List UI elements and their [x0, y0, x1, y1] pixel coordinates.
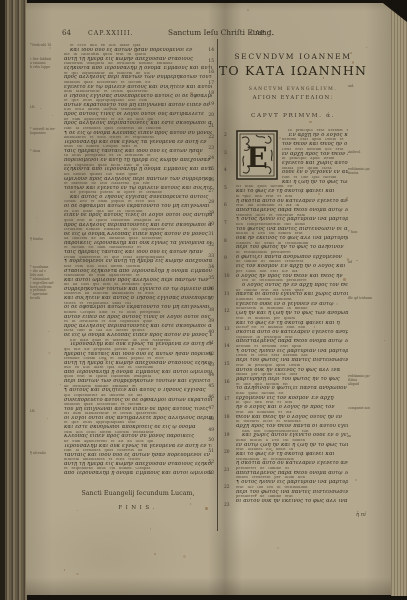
folio-number: 64 [62, 29, 71, 37]
interlinear-line-pair: miſſus a Deo cui nomen erat οὐκ ἦν ἐκεῖν… [236, 232, 348, 241]
interlinear-line-pair: erat ille lux ſed ut teſtimonium περὶ το… [236, 486, 348, 495]
verse-number: 17 [208, 81, 214, 86]
interlinear-line-pair: tenebantur ne eum agnoſcerent et καὶ αὐτ… [64, 274, 212, 283]
interlinear-line-pair: illis oculi autem illorum tenebantur πρὸ… [64, 108, 212, 117]
verse-number: 50 [208, 438, 214, 443]
verse-number: 44 [208, 373, 214, 378]
interlinear-line-pair: ut teſtimonium perhiberet ὃ φωτίζει πάντ… [236, 251, 348, 260]
colophon-line: Sancti Euangelij ſecundum Lucam, [64, 489, 212, 497]
interlinear-line-pair: uenientem in mundum in mundo ζωὴ ἦν καὶ … [236, 307, 348, 316]
interlinear-line-pair: his diebus quibus ille dixit quae ὡμίλου… [64, 173, 212, 182]
verse-number: 16 [224, 380, 230, 385]
open-book-pages: 64 CAP.XXIIII. Sanctum Ieſu Chriſti Euan… [26, 3, 392, 595]
interlinear-line-pair: eam non comprehenderunt fuit καὶ χωρὶς α… [236, 430, 348, 439]
verse-number: 14 [208, 48, 214, 53]
verse-number: 30 [208, 222, 214, 227]
interlinear-line-pair: erat et mundus per ipſum καὶ τὸ φῶς ἐν τ… [236, 317, 348, 326]
verse-number: 13 [224, 327, 230, 332]
interlinear-line-pair: erat lux hominum et lux in ἀπεσταλμένος … [236, 204, 348, 213]
margin-note: ¶ aſcenſio [30, 452, 46, 456]
interlinear-line-pair: in ipſo uita erat et uita ἡ σκοτία αὐτὸ … [236, 195, 348, 204]
verse-number: 46 [208, 395, 214, 400]
verse-number: 28 [208, 200, 214, 205]
interlinear-line-pair: inuicem ambulantes et eſtis triſtes αὐτῇ… [64, 458, 212, 467]
verse-number: 21 [224, 468, 230, 473]
verse-number: 14 [224, 344, 230, 349]
interlinear-line-pair: et ecce duo ex illis ibant ipſa καὶ ἰδοὺ… [64, 44, 212, 53]
verse-number: 18 [208, 91, 214, 96]
interlinear-line-pair: ne eum agnoſcerent et ait ad illos qui Ἰ… [64, 440, 212, 449]
foxing-spot [47, 418, 48, 419]
quire-signature-mark: ἡ ní [356, 512, 366, 518]
interlinear-line-pair: de lumine erat lux uera quae πάντα δι αὐ… [236, 289, 348, 298]
margin-note: ¶ ſenſus [30, 238, 43, 242]
interlinear-line-pair: de lumine ut omnes crederent εἰς τὸν κόσ… [236, 260, 348, 269]
margin-note: * duos [30, 150, 40, 154]
margin-note: LB. [30, 106, 35, 110]
foxing-spot [355, 479, 357, 481]
interlinear-line-pair: eſt dum fabularentur et ſecum quaererent… [64, 412, 212, 421]
greek-text-line: ἀπὸ Ἰερουσαλήμ ᾗ ὄνομα Ἐμμαούς καὶ αὐτοὶ… [64, 471, 212, 476]
foxing-spot [247, 9, 249, 11]
verse-number: 31 [208, 232, 214, 237]
interlinear-line-pair: in tenebris lucet et tenebrae ἀρχῇ πρὸς … [236, 420, 348, 429]
interlinear-line-pair: erat Ioannes hic uenit in καὶ τὸ φῶς ἐν … [236, 448, 348, 457]
verse-number: 26 [208, 178, 214, 183]
foxing-spot [60, 384, 61, 385]
interlinear-line-pair: et ipſi loquebantur ad inuicem de his πρ… [64, 72, 212, 81]
verse-number: 39 [208, 319, 214, 324]
chapter-header-left: CAP.XXIIII. [88, 30, 134, 37]
interlinear-line-pair: omnes crederent per illum non ¶ οὗτος ἦλ… [236, 476, 348, 485]
interlinear-line-pair: ad inuicem de his omnibus quae accideran… [64, 237, 212, 246]
interlinear-line-pair: perhiberet de lumine ut ἀπεσταλμένος παρ… [236, 467, 348, 476]
interlinear-line-pair: ait ad illos qui ſunt hi ſermones quos σ… [64, 283, 212, 292]
verse-number: 37 [208, 297, 214, 302]
foxing-spot [277, 547, 279, 549]
verse-number: 20 [208, 113, 214, 118]
verse-number: 18 [224, 415, 230, 420]
verse-number: 19 [224, 433, 230, 438]
verse-number: 38 [208, 308, 214, 313]
right-page-text-block: E In principio erat uerbum et Ἐν ἀρχῇ ἦν… [236, 129, 348, 511]
verse-number: 23 [208, 146, 214, 151]
foxing-spot [76, 573, 78, 575]
interlinear-line-pair: et dixerunt de Ieſu Nazareno qui fuit το… [64, 182, 212, 191]
interlinear-line-pair: teſtimonium ut teſtimonium ἡ σκοτία αὐτὸ… [236, 458, 348, 467]
verse-number: 9 [224, 256, 227, 261]
interlinear-line-pair: Ioannes hic uenit in teſtimonium περὶ το… [236, 242, 348, 251]
interlinear-line-pair: uir propheta potens in opere et ſermone … [64, 191, 212, 200]
book-spine-edge [0, 0, 27, 600]
margin-note: comparat nos [348, 407, 370, 411]
verse-number: 4 [224, 168, 227, 173]
margin-note: ille qd triduum [348, 297, 372, 301]
verse-number: 40 [208, 330, 214, 335]
interlinear-line-pair: omnibus quae acciderant et factum eſt ἐγ… [64, 81, 212, 90]
foxing-spot [52, 115, 53, 116]
foxing-spot [356, 260, 358, 262]
interlinear-line-pair: uerbum et uerbum erat apud ¶ οὗτος ἦλθεν… [236, 345, 348, 354]
margin-note: † Iter ſabbati a emauns b vrbs Ioppe [30, 58, 51, 70]
interlinear-line-pair: ille dixit quae et dixerunt de Ieſu Naza… [64, 339, 212, 348]
verse-number: 36 [208, 287, 214, 292]
interlinear-line-pair: ſtadiorum ſexaginta ab Ieruſalem nomine … [64, 62, 212, 71]
interlinear-line-pair: homo miſſus a Deo cui nomen ἐν αὐτῷ ζωὴ … [236, 439, 348, 448]
interlinear-line-pair: tenebris lucet et tenebrae eam ¶ οὗτος ἦ… [236, 214, 348, 223]
verse-number: 2 [224, 133, 227, 138]
verse-number: 7 [224, 221, 227, 226]
interlinear-line-pair: quod erat in ſpatio ſtadiorum ſexaginta … [64, 219, 212, 228]
verse-number: 42 [208, 352, 214, 357]
margin-note: reddamini po- ſtibus aliquid [348, 375, 371, 387]
verse-number: 49 [208, 428, 214, 433]
verse-number: 51 [208, 449, 214, 454]
interlinear-line-pair: die in caſtellum quod erat in ſpatio αὐτ… [64, 53, 212, 62]
interlinear-line-pair: Ieruſalem nomine Emmaus et ipſi loqueban… [64, 228, 212, 237]
verse-number: 8 [224, 239, 227, 244]
interlinear-line-pair: ex illis ibant ipſa die in caſtellum εἶπ… [64, 210, 212, 219]
interlinear-line-pair: erat lux hominum et lux Θεόν καὶ Θεὸς ἦν… [236, 411, 348, 420]
interlinear-line-pair: duo ex illis ibant ipſa die in caſtellum… [64, 366, 212, 375]
verse-number: 21 [208, 124, 214, 129]
verse-number: 24 [208, 156, 214, 161]
verse-number: 5 [224, 186, 227, 191]
foxing-spot [183, 555, 185, 557]
interlinear-line-pair: eſt nihil quod factum eſt καὶ τὸ φῶς ἐν … [236, 185, 348, 194]
interlinear-line-pair: facta ſunt in illa his diebus quibus δὲ … [64, 329, 212, 338]
verse-number: 41 [208, 341, 214, 346]
interlinear-line-pair: et factum eſt dum fabularentur et ταῖς ἡ… [64, 246, 212, 255]
verse-number: 45 [208, 384, 214, 389]
interlinear-line-pair: ibat cum illis oculi autem illorum σταδί… [64, 265, 212, 274]
interlinear-line-pair: unus cui nomen Cleopas dixit ei ταῖς ἡμέ… [64, 145, 212, 154]
verse-number: 22 [208, 135, 214, 140]
verse-number: 16 [208, 70, 214, 75]
interlinear-line-pair: quod erat in ſpatio ſtadiorum ſexaginta … [64, 375, 212, 384]
interlinear-line-pair: tu ſolus peregrinus es in Ieruſalem et π… [64, 154, 212, 163]
foxing-spot [190, 498, 191, 499]
woodcut-initial: E [236, 130, 278, 180]
left-page-text-block: et ecce duo ex illis ibant ipſa καὶ ἰδοὺ… [64, 44, 212, 480]
chapter-header-right: CAP. I. [250, 30, 275, 37]
interlinear-line-pair: cognouit In principio erat ἀπεσταλμένος … [236, 336, 348, 345]
interlinear-line-pair: ſermone coram Deo et omni populo et ecce… [64, 357, 212, 366]
interlinear-line-pair: per illum non erat ille lux ὁ λόγος ἦν π… [236, 270, 348, 279]
verse-number: 27 [208, 189, 214, 194]
interlinear-line-pair: ſed ut teſtimonium perhiberet ὁ λόγος οὗ… [236, 279, 348, 288]
greek-text-line: δι αὐτοῦ οὐκ ἦν ἐκεῖνος τὸ φῶς ἀλλ ἵνα [236, 499, 348, 505]
interlinear-line-pair: ne eum agnoſcerent et ait ad illos qui π… [64, 118, 212, 127]
verse-number: 52 [208, 460, 214, 465]
interlinear-line-pair: ſunt hi ſermones quos confertis ad ταύτα… [64, 449, 212, 458]
foxing-spot [48, 352, 50, 354]
margin-note: LB. [30, 410, 35, 414]
interlinear-line-pair: in ipſo uita erat et uita ἦν ὁ λόγος καὶ… [236, 401, 348, 410]
verse-number: 20 [224, 450, 230, 455]
foxing-spot [150, 528, 152, 530]
margin-note: iid [348, 261, 352, 265]
foxing-spot [48, 331, 49, 332]
finis-line: FINIS. [64, 505, 212, 511]
interlinear-line-pair: dum fabularentur et ſecum quaererent ὁ Ἰ… [64, 90, 212, 99]
drop-cap-letter: E [246, 141, 267, 174]
gospel-subtitle-latin: SANCTVM EVANGELIVM. [216, 87, 370, 92]
interlinear-line-pair: non cognouiſti quae facta ſunt in illa ἑ… [64, 164, 212, 173]
interlinear-line-pair: omnia per ipſum facta ſunt μαρτυρήσῃ περ… [236, 373, 348, 382]
interlinear-line-pair: nihil quod factum eſt ἐρχόμενον εἰς τὸν … [236, 392, 348, 401]
interlinear-line-pair: non comprehenderunt fuit homo τοῦ φωτός … [236, 223, 348, 232]
foxing-spot [40, 108, 42, 110]
verse-number: 32 [208, 243, 214, 248]
margin-note: reddamini pa- tientia [348, 168, 371, 176]
verse-number: 23 [224, 503, 230, 508]
verse-number: 35 [208, 276, 214, 281]
interlinear-line-pair: et reſpondens unus cui nomen Cleopas ἀπὸ… [64, 467, 212, 476]
verse-number: 29 [208, 211, 214, 216]
verse-number: 34 [208, 265, 214, 270]
verse-number: 15 [208, 59, 214, 64]
verse-number: 33 [208, 254, 214, 259]
interlinear-line-pair: et ſine ipſo factum eſt τὸ ἀληθινόν ὃ φω… [236, 383, 348, 392]
interlinear-line-pair: ſunt hi ſermones quos confertis ad inuic… [64, 127, 212, 136]
foxing-spot [309, 121, 311, 123]
page-fore-edge [391, 2, 407, 596]
interlinear-line-pair: omnibus quae acciderant et factum τοῦ μὴ… [64, 403, 212, 412]
interlinear-line-pair: ambulantes et eſtis triſtes et reſponden… [64, 136, 212, 145]
verse-number: 48 [208, 417, 214, 422]
foxing-spot [154, 553, 156, 555]
margin-note: uid. [348, 85, 354, 89]
interlinear-line-pair: ipſi loquebantur ad inuicem de his συνεπ… [64, 394, 212, 403]
interlinear-line-pair: confertis ad inuicem ambulantes et eſtis… [64, 292, 212, 301]
margin-note: * nouiſsima † iſte ad v. ſolū auit * aſs… [30, 266, 55, 301]
interlinear-line-pair: ab Ieruſalem nomine Emmaus et ¶ αὐτοὺς κ… [64, 385, 212, 394]
interlinear-line-pair: es in Ieruſalem et non cognouiſti quae π… [64, 320, 212, 329]
verse-number: 25 [208, 167, 214, 172]
gospel-title-latin: SECVNDVM IOANNEM [216, 52, 370, 61]
margin-note: m [348, 435, 351, 439]
foxing-spot [36, 217, 37, 218]
interlinear-line-pair: et ipſe Ieſus appropinquans ibat καί ἐστ… [64, 421, 212, 430]
interlinear-line-pair: nomen Cleopas dixit ei tu ſolus peregrin… [64, 311, 212, 320]
verse-number: 3 [224, 151, 227, 156]
interlinear-line-pair: triſtes et reſpondens unus cui οἱ δὲ ὀφθ… [64, 302, 212, 311]
verse-number: 43 [208, 363, 214, 368]
verse-number: 10 [224, 274, 230, 279]
margin-note: * intereſt in ter- loquentes [30, 128, 56, 136]
book-photo: 64 CAP.XXIIII. Sanctum Ieſu Chriſti Euan… [0, 0, 407, 600]
margin-note: * ſuos [348, 231, 357, 235]
caput-heading: CAPVT PRIMVM. ά. [216, 113, 370, 119]
interlinear-line-pair: erat in principio apud Deum αὐτοῦ οὐκ ἦν… [236, 364, 348, 373]
interlinear-line-pair: coram Deo et omni populo et ecce duo οἱ … [64, 200, 212, 209]
interlinear-line-pair: cum illis oculi autem illorum tenebantur… [64, 431, 212, 440]
verse-number: 17 [224, 397, 230, 402]
interlinear-line-pair: illuminat omnem hominem ἐγένετο οὐδὲ ἕν … [236, 298, 348, 307]
gospel-subtitle-greek: ΑΓΙΟΝ ΕΥΑΓΓΕΛΙΟΝ. [216, 95, 370, 101]
interlinear-line-pair: et ipſe Ieſus appropinquans ibat cum αὐτ… [64, 99, 212, 108]
verse-number: 47 [208, 406, 214, 411]
interlinear-line-pair: factus eſt et mundus eum non σκοτία αὐτὸ… [236, 326, 348, 335]
gospel-title-greek: ΤΟ ΚΑΤΑ ΙΩΑΝΝΗΝ [216, 63, 370, 78]
interlinear-line-pair: qui fuit uir propheta potens in opere et… [64, 348, 212, 357]
margin-note: *Verſiculū 18 [30, 44, 51, 48]
margin-note: Ambroſ. [348, 151, 361, 155]
foxing-spot [64, 569, 66, 571]
verse-number: 19 [208, 102, 214, 107]
verse-number: 12 [224, 309, 230, 314]
verse-number: 11 [224, 292, 230, 297]
verse-number: 53 [208, 471, 214, 476]
interlinear-line-pair: perhiberet de lumine erat δι αὐτοῦ οὐκ ἦ… [236, 495, 348, 504]
verse-number: 6 [224, 203, 227, 208]
interlinear-line-pair: ſecum quaererent et ipſe Ieſus appropinq… [64, 256, 212, 265]
verse-number: 22 [224, 485, 230, 490]
verse-number: 15 [224, 362, 230, 367]
interlinear-line-pair: Deum et Deus erat uerbum hoc περὶ τοῦ φω… [236, 354, 348, 363]
